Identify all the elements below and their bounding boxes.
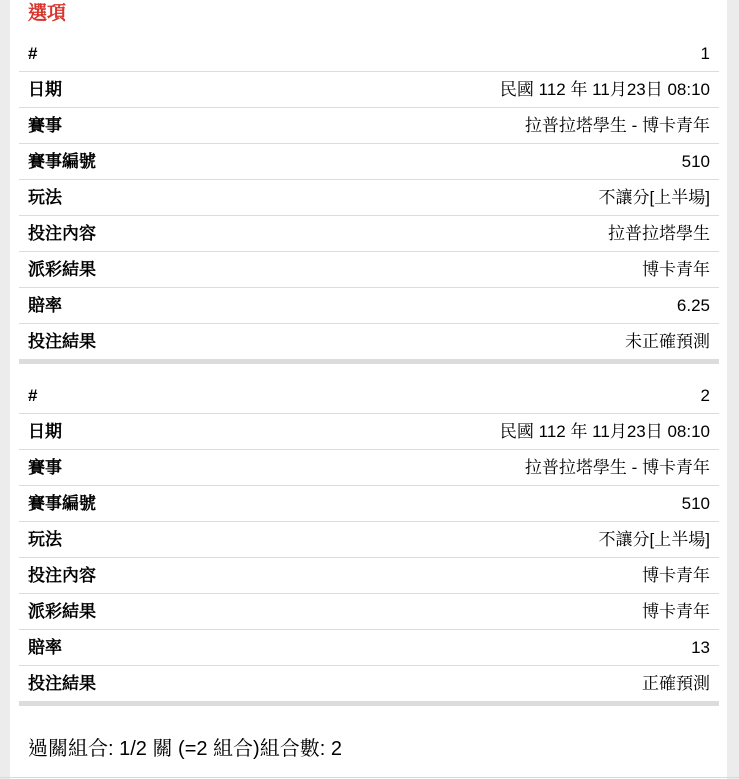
- row-label: 賠率: [19, 630, 303, 666]
- table-row: 賽事編號 510: [19, 486, 719, 522]
- row-label: 投注結果: [19, 324, 303, 362]
- table-row: 日期 民國 112 年 11月23日 08:10: [19, 72, 719, 108]
- row-value: 未正確預測: [303, 324, 719, 362]
- table-row: 投注結果 未正確預測: [19, 324, 719, 362]
- table-row: 玩法 不讓分[上半場]: [19, 180, 719, 216]
- row-value: 拉普拉塔學生 - 博卡青年: [303, 108, 719, 144]
- bet-table-1: # 1 日期 民國 112 年 11月23日 08:10 賽事 拉普拉塔學生 -…: [19, 36, 719, 364]
- table-row: 日期 民國 112 年 11月23日 08:10: [19, 414, 719, 450]
- row-value: 民國 112 年 11月23日 08:10: [303, 414, 719, 450]
- row-value: 6.25: [303, 288, 719, 324]
- row-value: 510: [303, 486, 719, 522]
- table-row: # 2: [19, 378, 719, 414]
- row-value: 不讓分[上半場]: [303, 522, 719, 558]
- row-label: #: [19, 378, 303, 414]
- table-row: 賠率 6.25: [19, 288, 719, 324]
- bet-details-screen: 選項 # 1 日期 民國 112 年 11月23日 08:10 賽事 拉普拉塔學…: [0, 0, 739, 779]
- row-label: 賽事編號: [19, 144, 303, 180]
- row-label: 投注結果: [19, 666, 303, 704]
- row-label: 投注內容: [19, 216, 303, 252]
- table-row: 派彩結果 博卡青年: [19, 252, 719, 288]
- table-row: 賽事編號 510: [19, 144, 719, 180]
- table-row: 投注內容 博卡青年: [19, 558, 719, 594]
- bet-table-2: # 2 日期 民國 112 年 11月23日 08:10 賽事 拉普拉塔學生 -…: [19, 378, 719, 706]
- row-label: 賽事: [19, 450, 303, 486]
- row-label: 投注內容: [19, 558, 303, 594]
- page-title: 選項: [10, 0, 727, 25]
- row-value: 拉普拉塔學生 - 博卡青年: [303, 450, 719, 486]
- row-value: 510: [303, 144, 719, 180]
- row-label: 日期: [19, 414, 303, 450]
- row-value: 13: [303, 630, 719, 666]
- row-label: 日期: [19, 72, 303, 108]
- row-value: 不讓分[上半場]: [303, 180, 719, 216]
- row-label: 玩法: [19, 522, 303, 558]
- row-label: 派彩結果: [19, 252, 303, 288]
- left-gutter: [0, 0, 10, 779]
- row-label: 賽事編號: [19, 486, 303, 522]
- table-row: 賽事 拉普拉塔學生 - 博卡青年: [19, 450, 719, 486]
- row-value: 2: [303, 378, 719, 414]
- table-row: 玩法 不讓分[上半場]: [19, 522, 719, 558]
- table-row: 投注結果 正確預測: [19, 666, 719, 704]
- row-label: 派彩結果: [19, 594, 303, 630]
- footer-combination-text: 過關組合: 1/2 關 (=2 組合)組合數: 2: [10, 706, 727, 761]
- row-label: 玩法: [19, 180, 303, 216]
- bottom-divider: [0, 777, 739, 778]
- row-value: 博卡青年: [303, 252, 719, 288]
- row-label: 賽事: [19, 108, 303, 144]
- table-row: 賽事 拉普拉塔學生 - 博卡青年: [19, 108, 719, 144]
- right-gutter: [727, 0, 739, 779]
- row-value: 博卡青年: [303, 594, 719, 630]
- row-value: 民國 112 年 11月23日 08:10: [303, 72, 719, 108]
- table-row: 派彩結果 博卡青年: [19, 594, 719, 630]
- row-label: #: [19, 36, 303, 72]
- table-row: # 1: [19, 36, 719, 72]
- row-value: 拉普拉塔學生: [303, 216, 719, 252]
- row-value: 正確預測: [303, 666, 719, 704]
- content-area: 選項 # 1 日期 民國 112 年 11月23日 08:10 賽事 拉普拉塔學…: [10, 0, 727, 761]
- row-value: 1: [303, 36, 719, 72]
- table-row: 賠率 13: [19, 630, 719, 666]
- row-value: 博卡青年: [303, 558, 719, 594]
- row-label: 賠率: [19, 288, 303, 324]
- table-row: 投注內容 拉普拉塔學生: [19, 216, 719, 252]
